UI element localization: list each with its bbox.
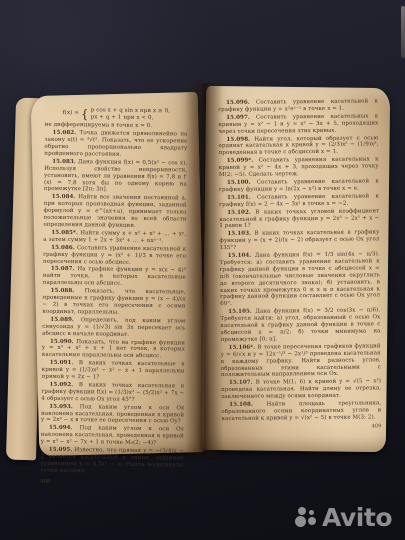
problem: 15.083. Дана функция f(x) = 0,5(x² − cos… xyxy=(44,159,187,195)
problem: 15.095. Известно, что прямая y = −(3/4)x… xyxy=(40,447,183,476)
problem-number: 15.104. xyxy=(228,253,252,259)
problem-number: 15.082. xyxy=(53,130,77,136)
background-object-edge xyxy=(401,6,405,58)
problem-number: 15.100. xyxy=(227,180,251,186)
problem: 15.105. Дана функция f(x) = 3/2 cos(3x −… xyxy=(220,308,380,344)
problem-number: 15.106*. xyxy=(229,344,256,350)
problem: 15.104. Дана функция f(x) = 1/3 sin(4x −… xyxy=(220,251,381,308)
problem-number: 15.103. xyxy=(227,231,251,237)
book-left-page: f(x) = { p cos x + q sin x при x ≥ 0, px… xyxy=(31,92,207,456)
photo-scene: f(x) = { p cos x + q sin x при x ≥ 0, px… xyxy=(0,0,405,540)
formula-cases: p cos x + q sin x при x ≥ 0, px + q + 1 … xyxy=(91,107,170,122)
problem: 15.091. В каких точках касательные к кри… xyxy=(42,360,185,382)
problem: 15.108. Найти площадь треугольника, обра… xyxy=(221,400,381,422)
problem: 15.085*. Найти сумму x + x² + x³ + … + x… xyxy=(43,230,186,246)
problem: 15.089. Определить, под каким углом сину… xyxy=(42,317,185,339)
problem-number: 15.087. xyxy=(51,266,75,272)
problem-number: 15.101. xyxy=(227,194,251,200)
problem: 15.097. Составить уравнение касательных … xyxy=(218,113,378,135)
problem-number: 15.094. xyxy=(49,425,73,431)
problem-number: 15.086. xyxy=(51,245,75,251)
problem-number: 15.088. xyxy=(51,288,75,294)
problem: 15.092. В каких точках касательная к гра… xyxy=(41,382,184,404)
right-problem-list: 15.096. Составить уравнение касательной … xyxy=(218,98,381,422)
problem: 15.102. В каких точках угловой коэффицие… xyxy=(219,208,379,230)
problem: 15.090. Показать, что на графике функции… xyxy=(42,338,185,360)
avito-logo-dot xyxy=(308,517,316,525)
right-page-text: 15.096. Составить уравнение касательной … xyxy=(218,98,382,436)
formula-lhs: f(x) = xyxy=(63,110,79,117)
problem: 15.107. В точке M(1; 6) к кривой y = √(5… xyxy=(221,379,381,401)
right-page-number: 409 xyxy=(221,423,381,432)
problem-number: 15.093. xyxy=(49,403,73,409)
problem: 15.086. Составить уравнение касательной … xyxy=(43,244,186,266)
avito-logo-icon xyxy=(295,507,318,528)
problem: 15.099*. Составить уравнения касательных… xyxy=(219,157,379,179)
left-page-text: f(x) = { p cos x + q sin x при x ≥ 0, px… xyxy=(40,107,188,492)
formula-case-2: px + q + 1 при x < 0, xyxy=(91,114,170,122)
problem: 15.096. Составить уравнение касательной … xyxy=(218,98,378,113)
avito-logo-dot xyxy=(309,510,314,515)
problem-number: 15.084. xyxy=(52,194,76,200)
book-right-page: 15.096. Составить уравнение касательной … xyxy=(202,86,390,452)
problem-text: Дана функция f(x) = 1/3 sin(4x − π/3). Т… xyxy=(220,251,380,307)
problem: 15.088. Показать, что касательные, прове… xyxy=(42,288,185,317)
problem: 15.093. Под каким углом к оси Ox наклоне… xyxy=(41,403,184,425)
problem-number: 15.095. xyxy=(49,447,73,453)
problem-number: 15.085*. xyxy=(51,230,78,236)
problem: 15.084. Найти все значения постоянной a,… xyxy=(43,194,186,230)
problem-number: 15.083. xyxy=(52,159,76,165)
problem-number: 15.099*. xyxy=(227,158,254,164)
problem-number: 15.108. xyxy=(229,402,253,408)
piecewise-formula: f(x) = { p cos x + q sin x при x ≥ 0, px… xyxy=(45,107,188,123)
avito-watermark: Avito xyxy=(295,505,392,530)
problem: 15.106*. В точке пересечения графиков фу… xyxy=(221,343,381,379)
problem: 15.103. В каких точках касательная к гра… xyxy=(219,230,379,252)
problem-number: 15.105. xyxy=(228,309,252,315)
avito-watermark-label: Avito xyxy=(322,505,392,530)
problem-number: 15.090. xyxy=(50,338,74,344)
problem-number: 15.096. xyxy=(226,100,250,106)
problem: 15.082. Точка движется прямолинейно по з… xyxy=(44,130,187,159)
avito-logo-dot xyxy=(295,516,306,527)
problem-number: 15.091. xyxy=(50,360,74,366)
problem: 15.100. Составить уравнение касательной … xyxy=(219,178,379,193)
problem-number: 15.107. xyxy=(229,380,253,386)
left-problem-list: 15.082. Точка движется прямолинейно по з… xyxy=(40,130,187,476)
problem: 15.101. Составить уравнение касательной … xyxy=(219,193,379,208)
problem: 15.098. Найти угол, который образует с о… xyxy=(218,135,378,157)
problem-number: 15.089. xyxy=(50,317,74,323)
problem-number: 15.098. xyxy=(226,136,250,142)
problem-number: 15.092. xyxy=(49,382,73,388)
problem-number: 15.102. xyxy=(227,209,251,215)
problem: 15.087. На графике функции y = x(x − 4)³… xyxy=(43,266,186,288)
left-page-number: 408 xyxy=(40,478,183,487)
avito-logo-dot xyxy=(298,507,306,515)
problem: 15.094. Под каким углом к оси Ox наклоне… xyxy=(41,425,184,447)
problem-number: 15.097. xyxy=(226,115,250,121)
brace-glyph: { xyxy=(81,108,89,120)
